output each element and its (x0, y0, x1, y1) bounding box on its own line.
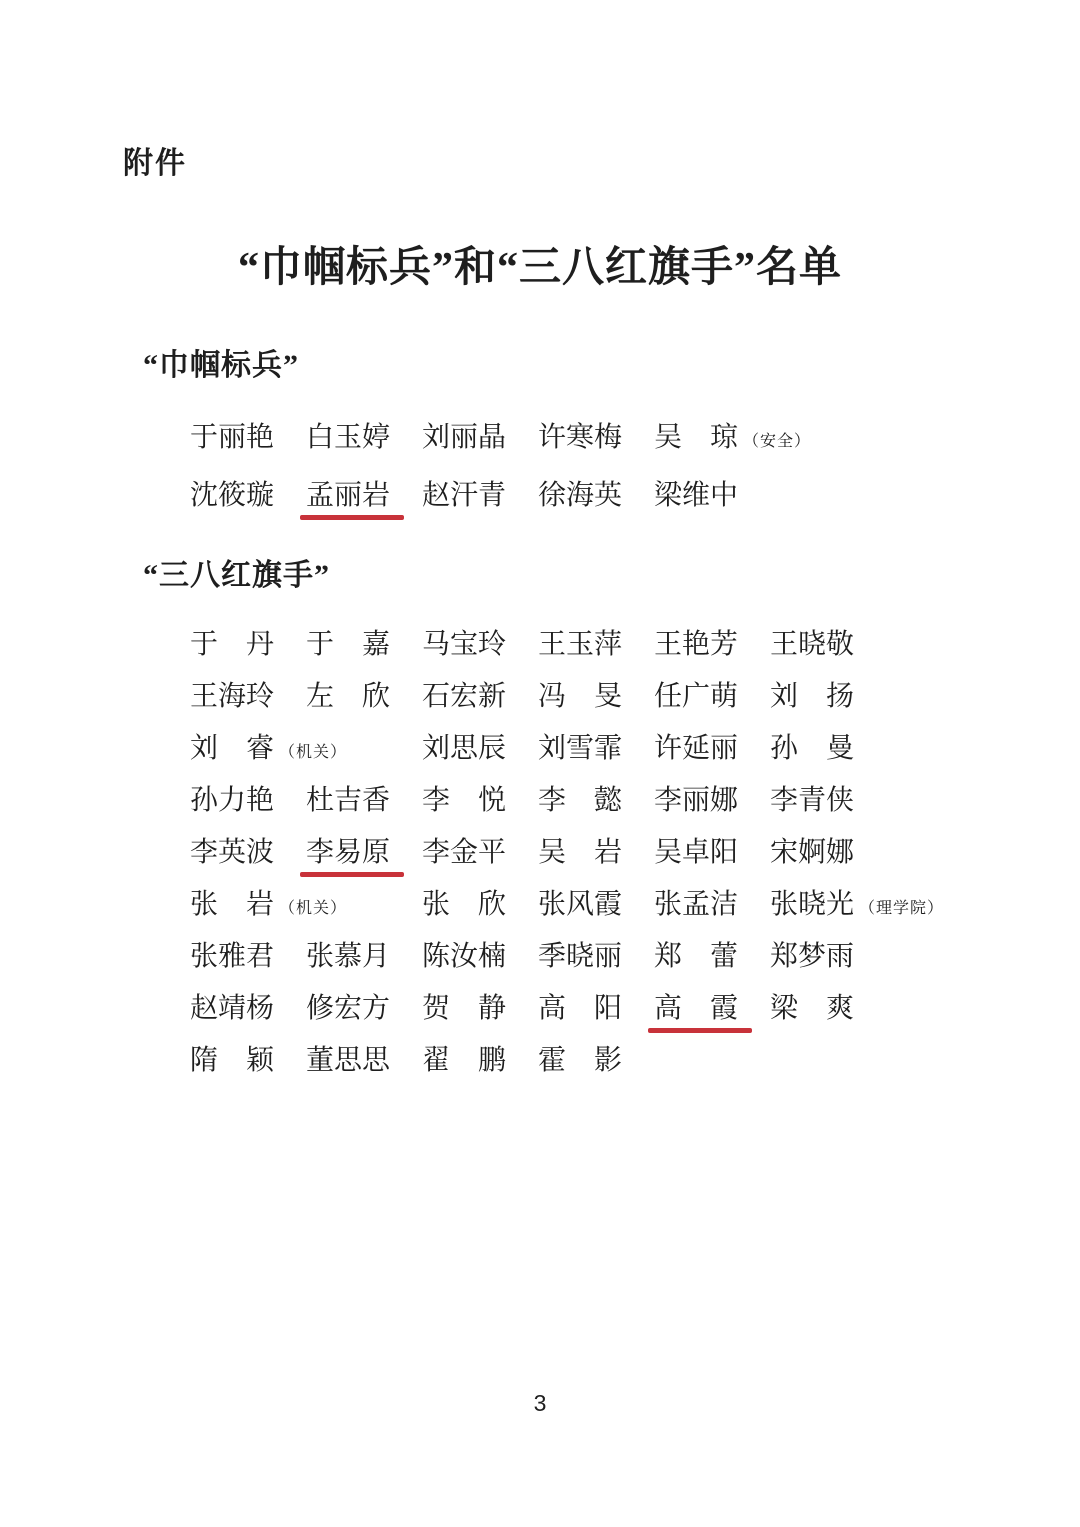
person-name-text: 张晓光 (770, 882, 856, 922)
person-name: 于 丹 (190, 616, 276, 668)
person-name-text: 于丽艳 (190, 415, 276, 455)
person-name: 郑 蕾 (654, 928, 740, 980)
name-sections: “巾帼标兵”于丽艳白玉婷刘丽晶许寒梅吴 琼（安全）沈筱璇孟丽岩赵汗青徐海英梁维中… (0, 348, 1080, 1120)
person-name-text: 郑梦雨 (770, 934, 856, 974)
attachment-label: 附件 (123, 138, 187, 182)
person-name-text: 张雅君 (190, 934, 276, 974)
person-name-text: 于 嘉 (306, 622, 392, 662)
person-name: 马宝玲 (422, 616, 508, 668)
person-name: 张晓光（理学院） (770, 876, 856, 928)
person-name: 沈筱璇 (190, 464, 276, 522)
person-name: 冯 旻 (538, 668, 624, 720)
person-name: 李易原 (306, 824, 392, 876)
person-name: 吴 岩 (538, 824, 624, 876)
person-name-text: 沈筱璇 (190, 473, 276, 513)
person-name-text: 吴卓阳 (654, 830, 740, 870)
person-name: 张雅君 (190, 928, 276, 980)
person-name: 王艳芳 (654, 616, 740, 668)
person-name-text: 刘丽晶 (422, 415, 508, 455)
person-name: 陈汝楠 (422, 928, 508, 980)
person-name-text: 张 欣 (422, 882, 508, 922)
person-name: 许延丽 (654, 720, 740, 772)
person-name: 霍 影 (538, 1032, 624, 1084)
person-name-text: 赵汗青 (422, 473, 508, 513)
section-2: “三八红旗手”于 丹于 嘉马宝玲王玉萍王艳芳王晓敬王海玲左 欣石宏新冯 旻任广萌… (0, 558, 1080, 1084)
person-name-text: 翟 鹏 (422, 1038, 508, 1078)
person-name: 刘 扬 (770, 668, 856, 720)
person-name: 于丽艳 (190, 406, 276, 464)
person-name: 吴 琼（安全） (654, 406, 740, 464)
person-name-text: 贺 静 (422, 986, 508, 1026)
person-name: 刘雪霏 (538, 720, 624, 772)
person-name-text: 张风霞 (538, 882, 624, 922)
person-name-text: 张孟洁 (654, 882, 740, 922)
person-name: 刘思辰 (422, 720, 508, 772)
person-name-text: 李 懿 (538, 778, 624, 818)
person-name-text-underlined: 李易原 (306, 830, 392, 870)
person-name-text: 刘思辰 (422, 726, 508, 766)
person-name: 孙 曼 (770, 720, 856, 772)
person-name-text: 梁维中 (654, 473, 740, 513)
person-name-text: 霍 影 (538, 1038, 624, 1078)
person-name-text: 王海玲 (190, 674, 276, 714)
person-name: 李 懿 (538, 772, 624, 824)
page-title: “巾帼标兵”和“三八红旗手”名单 (0, 234, 1080, 294)
page-number: 3 (0, 1390, 1080, 1417)
person-name: 郑梦雨 (770, 928, 856, 980)
person-name-text: 董思思 (306, 1038, 392, 1078)
person-name: 修宏方 (306, 980, 392, 1032)
person-name: 李英波 (190, 824, 276, 876)
person-name-text: 刘雪霏 (538, 726, 624, 766)
person-name-text: 王玉萍 (538, 622, 624, 662)
person-name-text: 吴 琼 (654, 415, 740, 455)
person-name-text: 郑 蕾 (654, 934, 740, 974)
person-name-text: 马宝玲 (422, 622, 508, 662)
name-grid: 于 丹于 嘉马宝玲王玉萍王艳芳王晓敬王海玲左 欣石宏新冯 旻任广萌刘 扬刘 睿（… (190, 616, 1080, 1084)
person-name-text: 任广萌 (654, 674, 740, 714)
person-name: 张慕月 (306, 928, 392, 980)
person-name-text: 白玉婷 (306, 415, 392, 455)
unit-note: （理学院） (859, 895, 944, 918)
person-name-text: 宋婀娜 (770, 830, 856, 870)
person-name: 杜吉香 (306, 772, 392, 824)
person-name-text: 冯 旻 (538, 674, 624, 714)
person-name: 王海玲 (190, 668, 276, 720)
person-name-text: 于 丹 (190, 622, 276, 662)
person-name: 李青侠 (770, 772, 856, 824)
person-name: 孙力艳 (190, 772, 276, 824)
person-name: 董思思 (306, 1032, 392, 1084)
person-name-text: 隋 颖 (190, 1038, 276, 1078)
person-name: 赵汗青 (422, 464, 508, 522)
person-name-text-underlined: 孟丽岩 (306, 473, 392, 513)
person-name-text: 陈汝楠 (422, 934, 508, 974)
person-name: 任广萌 (654, 668, 740, 720)
person-name-text: 刘 扬 (770, 674, 856, 714)
person-name-text: 张 岩 (190, 882, 276, 922)
person-name-text: 许延丽 (654, 726, 740, 766)
person-name: 梁 爽 (770, 980, 856, 1032)
person-name: 李金平 (422, 824, 508, 876)
person-name: 翟 鹏 (422, 1032, 508, 1084)
person-name: 贺 静 (422, 980, 508, 1032)
person-name: 王玉萍 (538, 616, 624, 668)
section-heading: “巾帼标兵” (143, 348, 1080, 384)
person-name-text: 李青侠 (770, 778, 856, 818)
person-name-text: 李 悦 (422, 778, 508, 818)
person-name-text: 李金平 (422, 830, 508, 870)
person-name-text: 赵靖杨 (190, 986, 276, 1026)
person-name: 梁维中 (654, 464, 740, 522)
person-name-text: 梁 爽 (770, 986, 856, 1026)
person-name: 赵靖杨 (190, 980, 276, 1032)
section-heading: “三八红旗手” (143, 558, 1080, 594)
person-name-text: 刘 睿 (190, 726, 276, 766)
person-name-text: 杜吉香 (306, 778, 392, 818)
person-name: 宋婀娜 (770, 824, 856, 876)
person-name-text: 徐海英 (538, 473, 624, 513)
name-grid: 于丽艳白玉婷刘丽晶许寒梅吴 琼（安全）沈筱璇孟丽岩赵汗青徐海英梁维中 (190, 406, 1080, 522)
person-name: 张 岩（机关） (190, 876, 276, 928)
person-name: 孟丽岩 (306, 464, 392, 522)
person-name: 王晓敬 (770, 616, 856, 668)
person-name-text: 高 阳 (538, 986, 624, 1026)
person-name: 白玉婷 (306, 406, 392, 464)
person-name: 张 欣 (422, 876, 508, 928)
person-name-text: 王晓敬 (770, 622, 856, 662)
person-name: 张孟洁 (654, 876, 740, 928)
person-name-text: 孙 曼 (770, 726, 856, 766)
person-name: 李 悦 (422, 772, 508, 824)
person-name-text: 吴 岩 (538, 830, 624, 870)
person-name-text: 李丽娜 (654, 778, 740, 818)
person-name: 左 欣 (306, 668, 392, 720)
person-name-text: 修宏方 (306, 986, 392, 1026)
person-name: 李丽娜 (654, 772, 740, 824)
unit-note: （安全） (743, 428, 811, 451)
person-name: 张风霞 (538, 876, 624, 928)
person-name: 高 霞 (654, 980, 740, 1032)
person-name: 刘 睿（机关） (190, 720, 276, 772)
person-name: 吴卓阳 (654, 824, 740, 876)
person-name-text: 石宏新 (422, 674, 508, 714)
person-name: 刘丽晶 (422, 406, 508, 464)
person-name: 于 嘉 (306, 616, 392, 668)
person-name: 徐海英 (538, 464, 624, 522)
person-name-text: 李英波 (190, 830, 276, 870)
person-name: 石宏新 (422, 668, 508, 720)
unit-note: （机关） (279, 739, 347, 762)
person-name-text: 季晓丽 (538, 934, 624, 974)
person-name-text: 孙力艳 (190, 778, 276, 818)
person-name: 许寒梅 (538, 406, 624, 464)
person-name-text: 许寒梅 (538, 415, 624, 455)
person-name-text: 张慕月 (306, 934, 392, 974)
person-name-text-underlined: 高 霞 (654, 986, 740, 1026)
person-name-text: 左 欣 (306, 674, 392, 714)
person-name-text: 王艳芳 (654, 622, 740, 662)
person-name: 季晓丽 (538, 928, 624, 980)
person-name: 高 阳 (538, 980, 624, 1032)
unit-note: （机关） (279, 895, 347, 918)
person-name: 隋 颖 (190, 1032, 276, 1084)
section-1: “巾帼标兵”于丽艳白玉婷刘丽晶许寒梅吴 琼（安全）沈筱璇孟丽岩赵汗青徐海英梁维中 (0, 348, 1080, 522)
